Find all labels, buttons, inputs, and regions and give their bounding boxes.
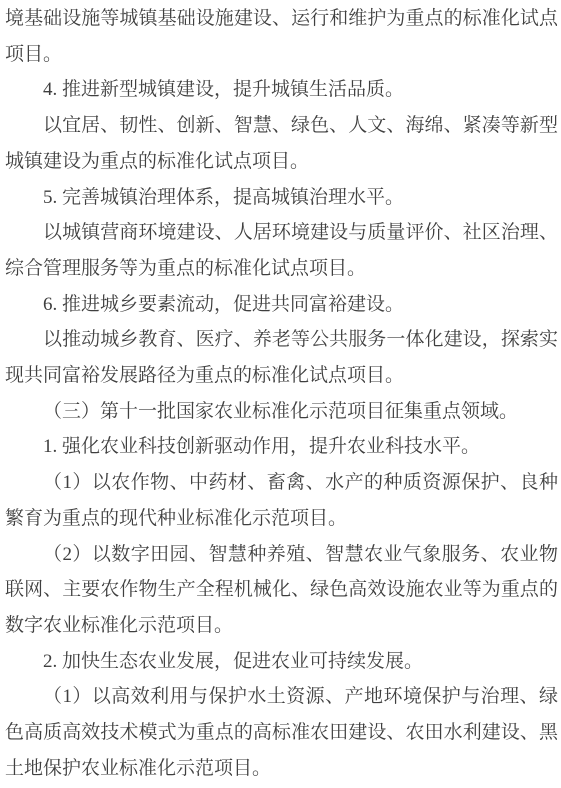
- paragraph-item-5: 5. 完善城镇治理体系，提高城镇治理水平。: [5, 180, 558, 216]
- paragraph-item-2: 2. 加快生态农业发展，促进农业可持续发展。: [5, 644, 558, 680]
- paragraph: 以宜居、韧性、创新、智慧、绿色、人文、海绵、紧凑等新型城镇建设为重点的标准化试点…: [5, 108, 558, 179]
- paragraph-sub-1: （1）以农作物、中药材、畜禽、水产的种质资源保护、良种繁育为重点的现代种业标准化…: [5, 465, 558, 536]
- paragraph-sub-1b: （1）以高效利用与保护水土资源、产地环境保护与治理、绿色高质高效技术模式为重点的…: [5, 679, 558, 786]
- paragraph: 以城镇营商环境建设、人居环境建设与质量评价、社区治理、综合管理服务等为重点的标准…: [5, 215, 558, 286]
- paragraph-section-3-heading: （三）第十一批国家农业标准化示范项目征集重点领域。: [5, 394, 558, 430]
- document-page: 境基础设施等城镇基础设施建设、运行和维护为重点的标准化试点项目。 4. 推进新型…: [0, 0, 561, 788]
- paragraph-continuation: 境基础设施等城镇基础设施建设、运行和维护为重点的标准化试点项目。: [5, 1, 558, 72]
- paragraph-item-6: 6. 推进城乡要素流动，促进共同富裕建设。: [5, 287, 558, 323]
- paragraph-item-1: 1. 强化农业科技创新驱动作用，提升农业科技水平。: [5, 429, 558, 465]
- paragraph: 以推动城乡教育、医疗、养老等公共服务一体化建设，探索实现共同富裕发展路径为重点的…: [5, 322, 558, 393]
- paragraph-item-4: 4. 推进新型城镇建设，提升城镇生活品质。: [5, 72, 558, 108]
- paragraph-sub-2: （2）以数字田园、智慧种养殖、智慧农业气象服务、农业物联网、主要农作物生产全程机…: [5, 537, 558, 644]
